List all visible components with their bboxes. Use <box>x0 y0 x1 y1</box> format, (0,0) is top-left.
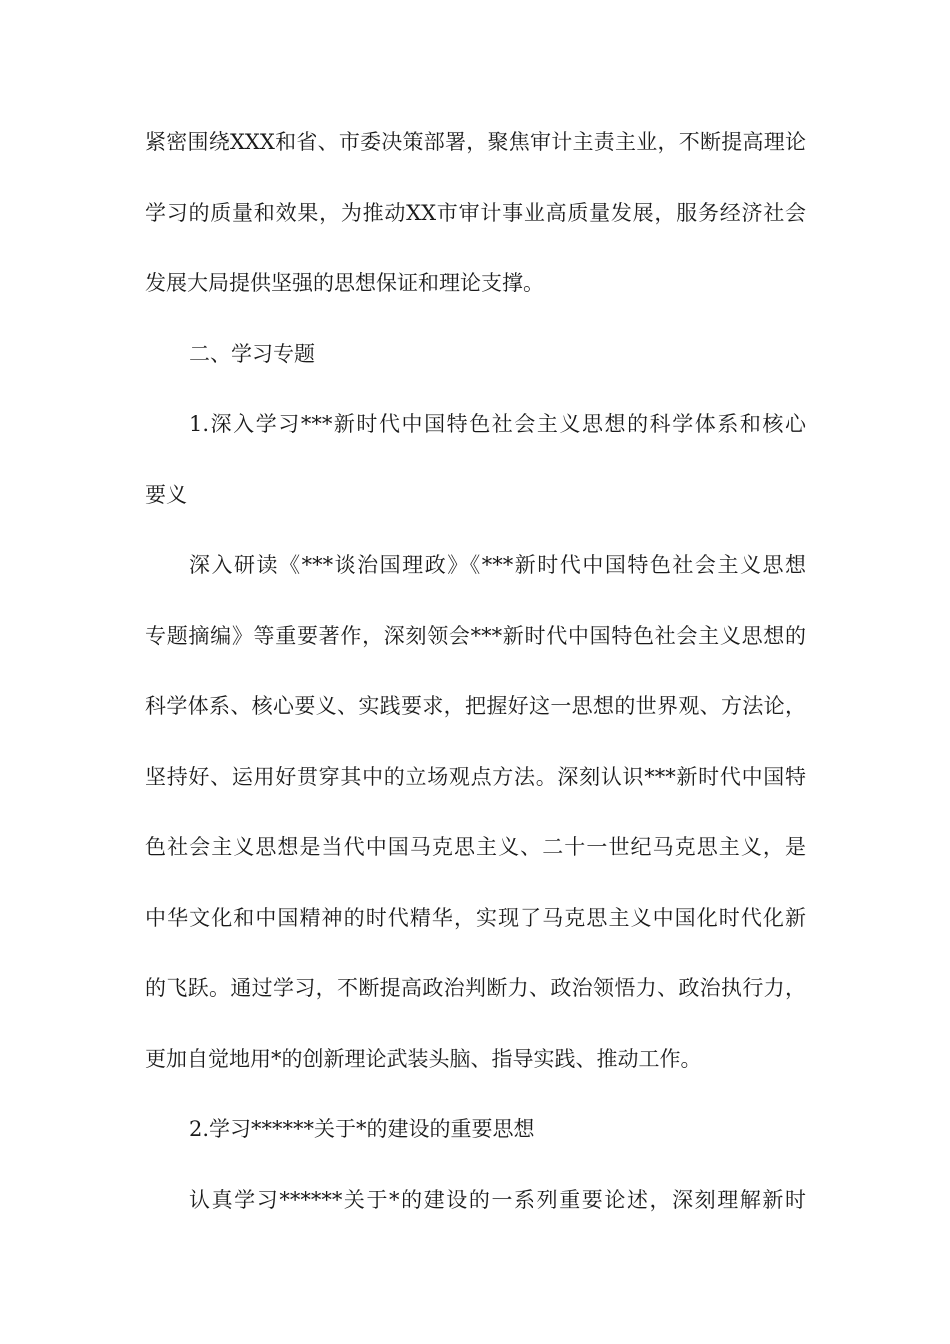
paragraph-line: 更加自觉地用*的创新理论武装头脑、指导实践、推动工作。 <box>145 1024 806 1095</box>
paragraph-line: 坚持好、运用好贯穿其中的立场观点方法。深刻认识***新时代中国特 <box>145 742 806 813</box>
paragraph-line: 紧密围绕XXX和省、市委决策部署，聚焦审计主责主业，不断提高理论 <box>145 107 806 178</box>
subsection-heading: 1.深入学习***新时代中国特色社会主义思想的科学体系和核心 <box>145 389 806 460</box>
paragraph-line: 中华文化和中国精神的时代精华，实现了马克思主义中国化时代化新 <box>145 883 806 954</box>
subsection-heading: 2.学习******关于*的建设的重要思想 <box>145 1094 806 1165</box>
subsection-heading-continued: 要义 <box>145 460 806 531</box>
document-page: 紧密围绕XXX和省、市委决策部署，聚焦审计主责主业，不断提高理论 学习的质量和效… <box>145 107 806 1235</box>
paragraph-line: 专题摘编》等重要著作，深刻领会***新时代中国特色社会主义思想的 <box>145 601 806 672</box>
section-heading: 二、学习专题 <box>145 319 806 390</box>
paragraph-line: 的飞跃。通过学习，不断提高政治判断力、政治领悟力、政治执行力， <box>145 953 806 1024</box>
paragraph-line: 色社会主义思想是当代中国马克思主义、二十一世纪马克思主义，是 <box>145 812 806 883</box>
paragraph-line: 发展大局提供坚强的思想保证和理论支撑。 <box>145 248 806 319</box>
paragraph-line: 认真学习******关于*的建设的一系列重要论述，深刻理解新时 <box>145 1165 806 1236</box>
paragraph-line: 科学体系、核心要义、实践要求，把握好这一思想的世界观、方法论， <box>145 671 806 742</box>
paragraph-line: 学习的质量和效果，为推动XX市审计事业高质量发展，服务经济社会 <box>145 178 806 249</box>
paragraph-line: 深入研读《***谈治国理政》《***新时代中国特色社会主义思想 <box>145 530 806 601</box>
